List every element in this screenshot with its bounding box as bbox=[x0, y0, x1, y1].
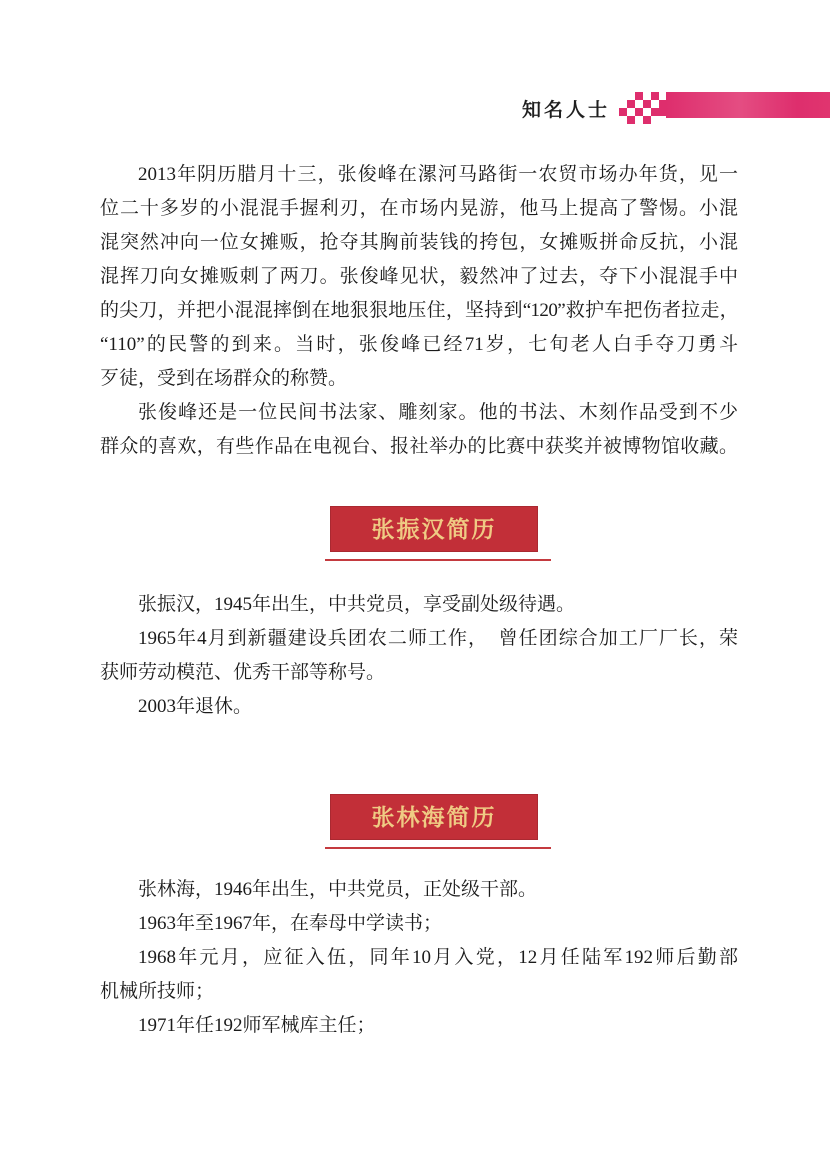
section2-banner-underline bbox=[325, 847, 551, 849]
text-line: 混挥刀向女摊贩刺了两刀。张俊峰见状，毅然冲了过去，夺下小混混手中 bbox=[100, 260, 738, 294]
section1-banner-underline bbox=[325, 559, 551, 561]
checker-mosaic-icon bbox=[619, 92, 667, 126]
text-line: 张林海，1946年出生，中共党员，正处级干部。 bbox=[100, 873, 738, 907]
intro-paragraphs: 2013年阴历腊月十三，张俊峰在漯河马路街一农贸市场办年货，见一位二十多岁的小混… bbox=[100, 158, 738, 464]
text-line: 的尖刀，并把小混混摔倒在地狠狠地压住，坚持到“120”救护车把伤者拉走， bbox=[100, 294, 738, 328]
text-line: 1963年至1967年，在奉母中学读书； bbox=[100, 907, 738, 941]
text-line: 获师劳动模范、优秀干部等称号。 bbox=[100, 656, 738, 690]
text-line: 1968年元月，应征入伍，同年10月入党，12月任陆军192师后勤部 bbox=[100, 941, 738, 975]
text-line: 位二十多岁的小混混手握利刃，在市场内晃游，他马上提高了警惕。小混 bbox=[100, 192, 738, 226]
text-line: 混突然冲向一位女摊贩，抢夺其胸前装钱的挎包，女摊贩拼命反抗，小混 bbox=[100, 226, 738, 260]
section1-title: 张振汉简历 bbox=[372, 516, 497, 542]
text-line: 张俊峰还是一位民间书法家、雕刻家。他的书法、木刻作品受到不少 bbox=[100, 396, 738, 430]
text-line: “110”的民警的到来。当时，张俊峰已经71岁，七旬老人白手夺刀勇斗 bbox=[100, 328, 738, 362]
header-accent-bar bbox=[666, 92, 830, 118]
text-line: 张振汉，1945年出生，中共党员，享受副处级待遇。 bbox=[100, 588, 738, 622]
text-line: 1965年4月到新疆建设兵团农二师工作， 曾任团综合加工厂厂长，荣 bbox=[100, 622, 738, 656]
text-line: 2013年阴历腊月十三，张俊峰在漯河马路街一农贸市场办年货，见一 bbox=[100, 158, 738, 192]
text-line: 2003年退休。 bbox=[100, 690, 738, 724]
page-header-label: 知名人士 bbox=[522, 95, 622, 122]
section2-title-banner: 张林海简历 bbox=[330, 794, 538, 840]
section1-title-banner: 张振汉简历 bbox=[330, 506, 538, 552]
section1-paragraphs: 张振汉，1945年出生，中共党员，享受副处级待遇。1965年4月到新疆建设兵团农… bbox=[100, 588, 738, 724]
text-line: 1971年任192师军械库主任； bbox=[100, 1009, 738, 1043]
text-line: 机械所技师； bbox=[100, 975, 738, 1009]
section2-title: 张林海简历 bbox=[372, 804, 497, 830]
book-page: 知名人士 2013年阴历腊月十三，张俊峰在漯河马路街一农贸市场办年货，见一位二十… bbox=[0, 0, 830, 1155]
text-line: 歹徒，受到在场群众的称赞。 bbox=[100, 362, 738, 396]
text-line: 群众的喜欢，有些作品在电视台、报社举办的比赛中获奖并被博物馆收藏。 bbox=[100, 430, 738, 464]
section2-paragraphs: 张林海，1946年出生，中共党员，正处级干部。1963年至1967年，在奉母中学… bbox=[100, 873, 738, 1043]
